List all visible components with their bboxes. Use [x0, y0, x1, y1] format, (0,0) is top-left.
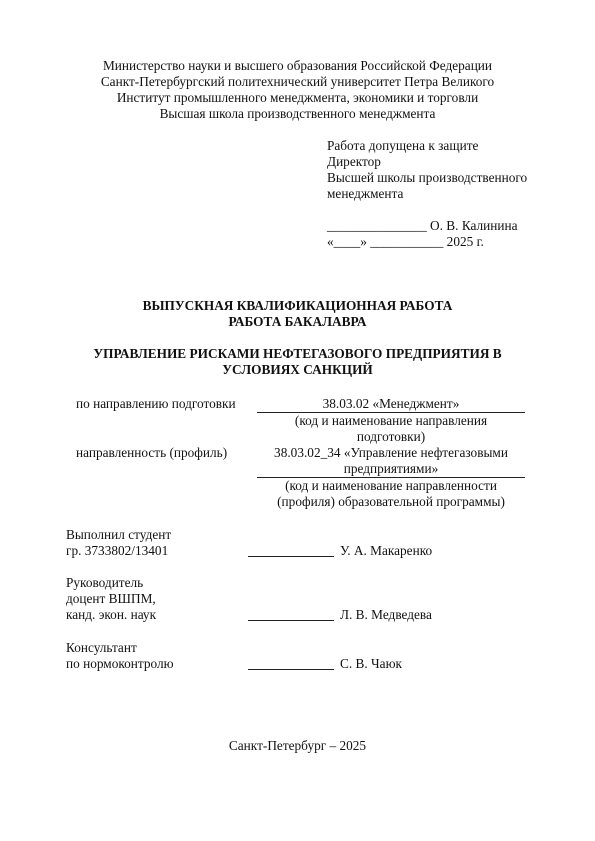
approval-line-4: менеджмента — [327, 186, 567, 202]
direction-caption-1: (код и наименование направления — [257, 413, 525, 429]
institute-line: Институт промышленного менеджмента, экон… — [0, 90, 595, 106]
approval-line-1: Работа допущена к защите — [327, 138, 567, 154]
director-signature-line: _______________ О. В. Калинина — [327, 218, 567, 234]
approval-line-2: Директор — [327, 154, 567, 170]
supervisor-name: Л. В. Медведева — [340, 607, 432, 623]
document-title: ВЫПУСКНАЯ КВАЛИФИКАЦИОННАЯ РАБОТА РАБОТА… — [0, 298, 595, 330]
title-line-2: РАБОТА БАКАЛАВРА — [0, 314, 595, 330]
consultant-role: Консультант по нормоконтролю — [66, 640, 174, 672]
approval-date-line: «____» ___________ 2025 г. — [327, 234, 567, 250]
supervisor-signature-line — [248, 620, 334, 621]
institution-header: Министерство науки и высшего образования… — [0, 58, 595, 122]
approval-line-3: Высшей школы производственного — [327, 170, 567, 186]
university-line: Санкт-Петербургский политехнический унив… — [0, 74, 595, 90]
ministry-line: Министерство науки и высшего образования… — [0, 58, 595, 74]
profile-value-1: 38.03.02_34 «Управление нефтегазовыми — [257, 445, 525, 461]
supervisor-role-line-2: доцент ВШПМ, — [66, 591, 156, 607]
direction-field: 38.03.02 «Менеджмент» (код и наименовани… — [257, 396, 525, 445]
supervisor-role-line-3: канд. экон. наук — [66, 607, 156, 623]
consultant-role-line-1: Консультант — [66, 640, 174, 656]
supervisor-role: Руководитель доцент ВШПМ, канд. экон. на… — [66, 575, 156, 623]
thesis-topic: УПРАВЛЕНИЕ РИСКАМИ НЕФТЕГАЗОВОГО ПРЕДПРИ… — [60, 346, 535, 378]
city-year: Санкт-Петербург – 2025 — [0, 738, 595, 754]
profile-label: направленность (профиль) — [76, 445, 227, 461]
student-group: гр. 3733802/13401 — [66, 543, 171, 559]
approval-block: Работа допущена к защите Директор Высшей… — [327, 138, 567, 250]
profile-field: 38.03.02_34 «Управление нефтегазовыми пр… — [257, 445, 525, 510]
supervisor-role-line-1: Руководитель — [66, 575, 156, 591]
school-line: Высшая школа производственного менеджмен… — [0, 106, 595, 122]
consultant-name: С. В. Чаюк — [340, 656, 402, 672]
profile-caption-1: (код и наименование направленности — [257, 478, 525, 494]
profile-caption-2: (профиля) образовательной программы) — [257, 494, 525, 510]
topic-line-1: УПРАВЛЕНИЕ РИСКАМИ НЕФТЕГАЗОВОГО ПРЕДПРИ… — [60, 346, 535, 362]
consultant-role-line-2: по нормоконтролю — [66, 656, 174, 672]
direction-caption-2: подготовки) — [257, 429, 525, 445]
spacer — [327, 202, 567, 218]
direction-value: 38.03.02 «Менеджмент» — [257, 396, 525, 413]
student-signature-line — [248, 556, 334, 557]
student-role-line-1: Выполнил студент — [66, 527, 171, 543]
consultant-signature-line — [248, 669, 334, 670]
direction-label: по направлению подготовки — [76, 396, 236, 412]
student-name: У. А. Макаренко — [340, 543, 432, 559]
student-role: Выполнил студент гр. 3733802/13401 — [66, 527, 171, 559]
profile-value-2: предприятиями» — [257, 461, 525, 478]
title-line-1: ВЫПУСКНАЯ КВАЛИФИКАЦИОННАЯ РАБОТА — [0, 298, 595, 314]
topic-line-2: УСЛОВИЯХ САНКЦИЙ — [60, 362, 535, 378]
